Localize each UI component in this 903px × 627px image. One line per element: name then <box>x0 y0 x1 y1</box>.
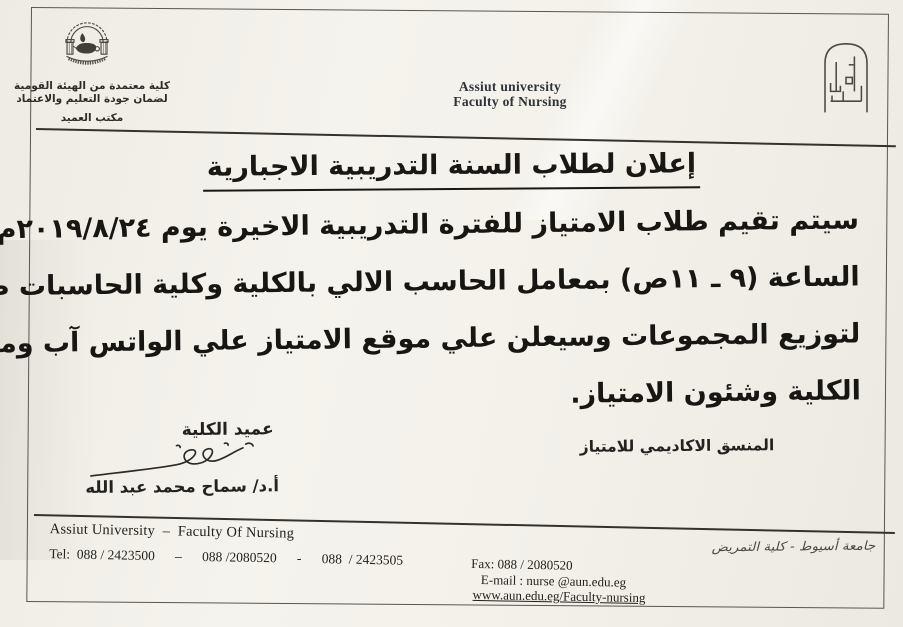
coordinator-title: المنسق الاكاديمي للامتياز <box>562 436 792 456</box>
accreditation-text: كلية معتمدة من الهيئة القومية لضمان جودة… <box>14 80 170 125</box>
footer-contact-block: Fax: 088 / 2080520 E-mail : nurse @aun.e… <box>470 556 646 606</box>
nursing-lamp-icon <box>60 10 114 80</box>
body-line-2: الساعة (٩ ـ ١١ص) بمعامل الحاسب الالي بال… <box>51 248 860 314</box>
title-row: إعلان لطلاب السنة التدريبية الاجبارية <box>0 147 903 193</box>
accreditation-line-1: كلية معتمدة من الهيئة القومية <box>14 80 170 93</box>
header-center: Assiut university Faculty of Nursing <box>415 80 605 109</box>
footer: Assiut University – Faculty Of Nursing T… <box>40 515 883 618</box>
dean-title: عميد الكلية <box>153 419 303 440</box>
footer-org-ar: جامعة أسيوط - كلية التمريض <box>712 539 876 555</box>
dean-signature-block: عميد الكلية أ.د/ سماح محمد عبد الله <box>58 419 329 516</box>
footer-tel-line: Tel: 088 / 2423500 – 088 /2080520 - 088 … <box>49 546 403 568</box>
university-emblem-icon <box>818 36 874 116</box>
assiut-university-emblem <box>818 36 874 116</box>
announcement-title: إعلان لطلاب السنة التدريبية الاجبارية <box>203 148 701 191</box>
footer-org-en: Assiut University – Faculty Of Nursing <box>50 521 295 542</box>
body-line-3: لتوزيع المجموعات وسيعلن علي موقع الامتيا… <box>52 305 861 371</box>
dean-office-label: مكتب العميد <box>14 112 170 125</box>
body-line-1: سيتم تقيم طلاب الامتياز للفترة التدريبية… <box>51 191 860 257</box>
dean-name: أ.د/ سماح محمد عبد الله <box>58 476 306 497</box>
announcement-body: سيتم تقيم طلاب الامتياز للفترة التدريبية… <box>51 191 862 428</box>
accreditation-line-2: لضمان جودة التعليم والاعتماد <box>14 93 170 106</box>
footer-website: www.aun.edu.eg/Faculty-nursing <box>470 587 645 606</box>
university-name-en: Assiut university <box>415 80 605 95</box>
nursing-lamp-emblem <box>60 10 114 80</box>
body-line-4: الكلية وشئون الامتياز. <box>53 362 862 428</box>
faculty-name-en: Faculty of Nursing <box>415 95 605 110</box>
